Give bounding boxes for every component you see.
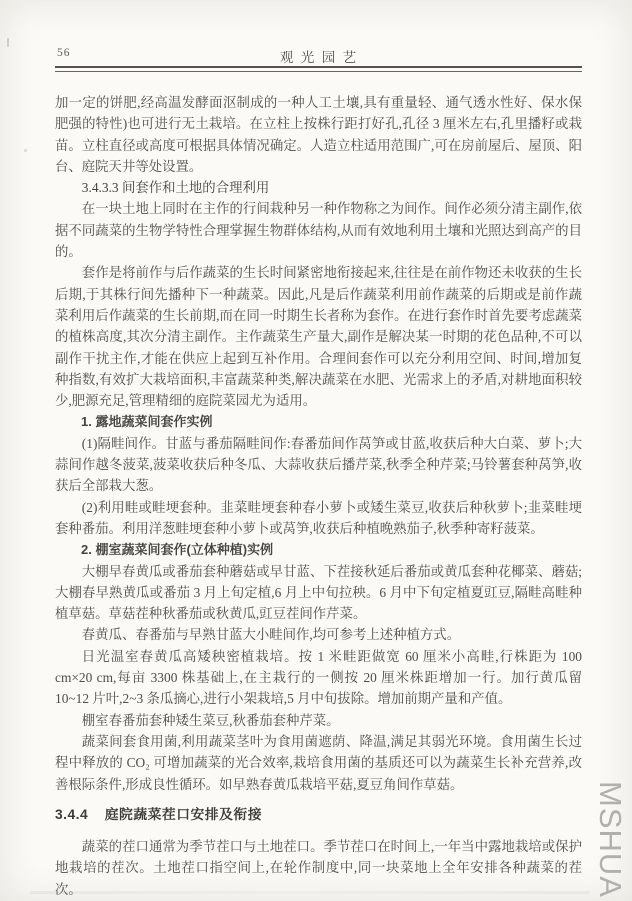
watermark-text: MSHUA <box>592 781 628 898</box>
section-title: 庭院蔬菜茬口安排及衔接 <box>105 807 262 822</box>
paragraph: 棚室春番茄套种矮生菜豆,秋番茄套种芹菜。 <box>55 710 582 731</box>
section-number: 3.4.4 <box>55 807 88 822</box>
paragraph: 春黄瓜、春番茄与早熟甘蓝大小畦间作,均可参考上述种植方式。 <box>55 624 582 645</box>
list-heading: 1. 露地蔬菜间套作实例 <box>55 411 582 432</box>
header-double-rule <box>55 66 582 72</box>
scan-artifact <box>7 38 9 47</box>
paragraph: 在一块土地上同时在主作的行间栽种另一种作物称之为间作。间作必须分清主副作,依据不… <box>55 198 582 262</box>
scan-artifact <box>24 149 27 152</box>
scan-artifact <box>30 891 590 894</box>
paragraph: 蔬菜间套食用菌,利用蔬菜茎叶为食用菌遮荫、降温,满足其弱光环境。食用菌生长过程中… <box>55 731 582 795</box>
page-header: 56 观光园艺 <box>55 46 581 62</box>
paragraph: 日光温室春黄瓜高矮秧密植栽培。按 1 米畦距做宽 60 厘米小高畦,行株距为 1… <box>55 646 582 710</box>
list-heading: 2. 棚室蔬菜间套作(立体种植)实例 <box>55 539 582 560</box>
running-head-title: 观光园艺 <box>55 46 581 66</box>
paragraph: (2)利用畦或畦埂套种。韭菜畦埂套种春小萝卜或矮生菜豆,收获后种秋萝卜;韭菜畦埂… <box>55 497 582 540</box>
scanned-book-page: 56 观光园艺 加一定的饼肥,经高温发酵面沤制成的一种人工土壤,具有重量轻、通气… <box>0 0 632 901</box>
paragraph: 套作是将前作与后作蔬菜的生长时间紧密地衔接起来,往往是在前作物还未收获的生长后期… <box>55 262 582 411</box>
paragraph: (1)隔畦间作。甘蓝与番茄隔畦间作:春番茄间作莴笋或甘蓝,收获后种大白菜、萝卜;… <box>55 433 582 497</box>
section-heading: 3.4.4庭院蔬菜茬口安排及衔接 <box>55 804 582 825</box>
paragraph: 大棚早春黄瓜或番茄套种蘑菇或早甘蓝、下茬接秋延后番茄或黄瓜套种花椰菜、蘑菇;大棚… <box>55 561 582 625</box>
subsection-heading: 3.4.3.3 间套作和土地的合理利用 <box>55 177 582 198</box>
paragraph: 加一定的饼肥,经高温发酵面沤制成的一种人工土壤,具有重量轻、通气透水性好、保水保… <box>55 92 582 177</box>
page-body: 加一定的饼肥,经高温发酵面沤制成的一种人工土壤,具有重量轻、通气透水性好、保水保… <box>55 92 582 900</box>
